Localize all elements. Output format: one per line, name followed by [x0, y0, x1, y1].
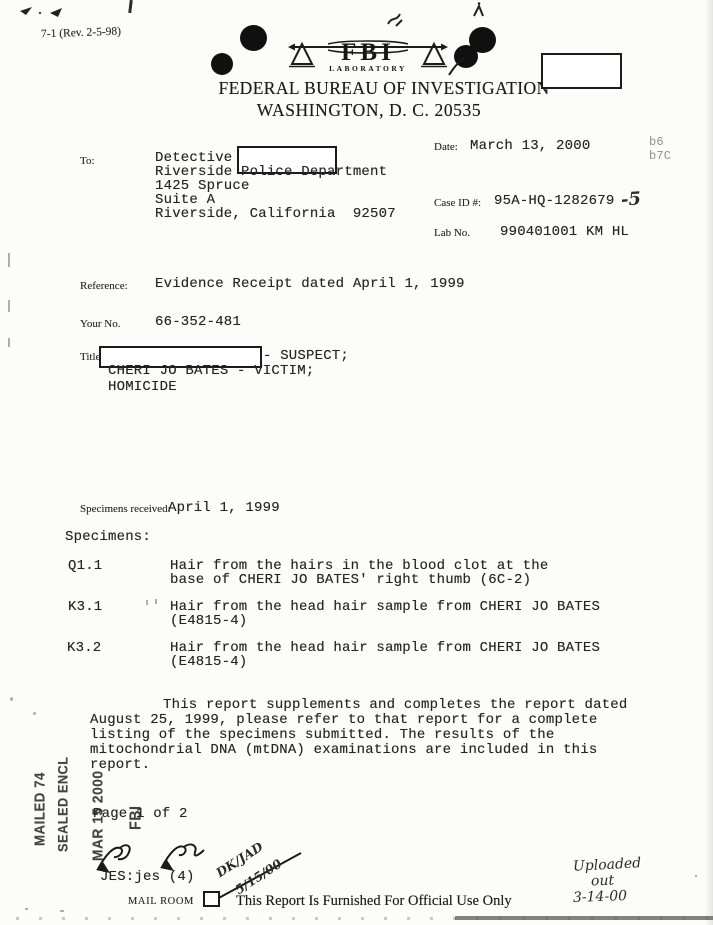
scan-artifact [8, 253, 10, 267]
paragraph-line: listing of the specimens submitted. The … [90, 728, 554, 743]
scan-caret [471, 2, 487, 20]
specimen-desc: Hair from the hairs in the blood clot at… [170, 559, 548, 573]
mail-room-label: MAIL ROOM [128, 896, 194, 907]
scanned-fbi-report-page: 7-1 (Rev. 2-5-98) FBI LABORATORY FEDERAL… [0, 0, 713, 925]
specimen-code: K3.2 [67, 641, 101, 655]
pen-marks-top-left [16, 3, 72, 29]
redaction-box-header [541, 53, 622, 89]
specimen-desc: Hair from the head hair sample from CHER… [170, 641, 600, 655]
mailed-stamp: MAILED 74 [31, 772, 48, 846]
uploaded-note-line3: 3-14-00 [573, 888, 628, 906]
case-id-value: 95A-HQ-1282679 [494, 194, 614, 208]
scan-artifact [128, 0, 133, 13]
official-use-disclaimer: This Report Is Furnished For Official Us… [236, 893, 512, 910]
scan-artifact [8, 338, 10, 347]
specimens-received-value: April 1, 1999 [168, 501, 280, 515]
uploaded-note-line2: out [591, 873, 615, 890]
seal-fbi-text: FBI [341, 39, 395, 66]
scan-artifact [10, 697, 13, 701]
recipient-line: Suite A [155, 193, 215, 207]
agency-address: WASHINGTON, D. C. 20535 [257, 100, 481, 121]
specimens-heading: Specimens: [65, 530, 151, 544]
page-number: Page 1 of 2 [93, 807, 188, 821]
your-no-label: Your No. [80, 318, 120, 330]
specimen-desc: Hair from the head hair sample from CHER… [170, 600, 600, 614]
agency-title: FEDERAL BUREAU OF INVESTIGATION [218, 78, 549, 99]
reference-value: Evidence Receipt dated April 1, 1999 [155, 277, 465, 291]
sealed-encl-stamp: SEALED ENCL [55, 756, 71, 852]
dictation-initials: JES:jes (4) [100, 870, 195, 884]
scan-artifact-strip [455, 916, 713, 920]
paragraph-line: mitochondrial DNA (mtDNA) examinations a… [90, 743, 597, 758]
specimen-desc: (E4815-4) [170, 614, 247, 628]
scan-artifact [146, 600, 148, 605]
foia-code-b6: b6 [649, 135, 664, 149]
scan-artifact [155, 599, 157, 604]
scan-edge-shading [705, 0, 713, 925]
scan-artifact [60, 910, 64, 912]
title-victim: CHERI JO BATES - VICTIM; [108, 364, 314, 378]
case-id-label: Case ID #: [434, 197, 481, 209]
lab-no-value: 990401001 KM HL [500, 225, 629, 239]
form-number: 7-1 (Rev. 2-5-98) [41, 26, 121, 41]
recipient-line: Riverside Police Department [155, 165, 387, 179]
recipient-line: 1425 Spruce [155, 179, 250, 193]
specimen-code: K3.1 [68, 600, 102, 614]
scan-artifact [695, 875, 697, 877]
date-value: March 13, 2000 [470, 139, 590, 153]
specimen-code: Q1.1 [68, 559, 102, 573]
specimen-desc: (E4815-4) [170, 655, 247, 669]
ink-blob-tail [447, 55, 467, 77]
fbi-laboratory-seal: FBI LABORATORY [288, 38, 448, 74]
ink-blob [240, 25, 267, 51]
ink-blob [211, 53, 233, 75]
recipient-line: Riverside, California 92507 [155, 207, 396, 221]
specimens-received-label: Specimens received: [80, 503, 171, 515]
date-label: Date: [434, 141, 458, 153]
mail-room-checkbox [203, 891, 220, 907]
scan-artifact [25, 908, 28, 910]
reference-label: Reference: [80, 280, 128, 292]
specimen-desc: base of CHERI JO BATES' right thumb (6C-… [170, 573, 531, 587]
title-homicide: HOMICIDE [108, 380, 177, 394]
scan-artifact [8, 300, 10, 312]
to-label: To: [80, 155, 95, 167]
paragraph-line: This report supplements and completes th… [163, 698, 627, 713]
lab-no-label: Lab No. [434, 227, 470, 239]
your-no-value: 66-352-481 [155, 315, 241, 329]
case-id-handwritten-suffix: -5 [620, 188, 641, 210]
scan-squiggle [386, 8, 410, 28]
recipient-name-prefix: Detective [155, 151, 232, 165]
paragraph-line: August 25, 1999, please refer to that re… [90, 713, 597, 728]
foia-code-b7c: b7C [649, 149, 671, 163]
scan-artifact [33, 712, 36, 715]
ink-blob [469, 27, 496, 53]
title-suspect: - SUSPECT; [263, 349, 349, 363]
seal-laboratory-text: LABORATORY [329, 64, 407, 73]
